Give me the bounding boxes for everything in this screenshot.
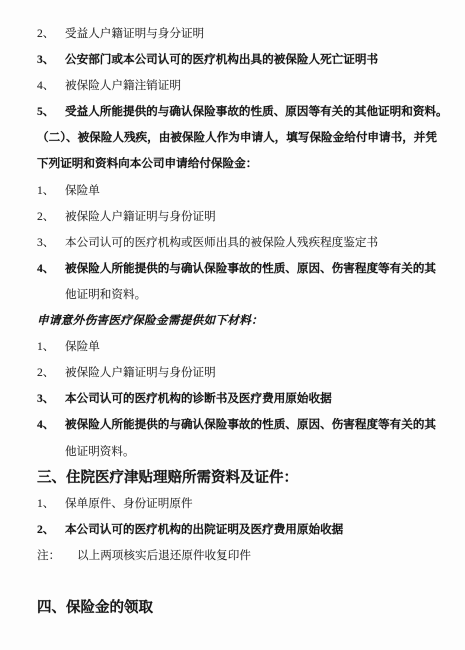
document-line: 4、 被保险人所能提供的与确认保险事故的性质、原因、伤害程度等有关的其 [37,412,449,438]
line-text: （二）、被保险人残疾，由被保险人作为申请人，填写保险金给付申请书，并凭 [37,125,437,151]
line-text: 四、保险金的领取 [37,595,153,621]
line-text: 本公司认可的医疗机构或医师出具的被保险人残疾程度鉴定书 [65,230,378,256]
document-line: 4、 被保险人户籍注销证明 [37,73,449,99]
list-number: 1、 [37,334,54,360]
document-line: 三、住院医疗津贴理赔所需资料及证件： [37,465,449,491]
document-line: 他证明和资料。 [37,282,449,308]
document-line: 3、 本公司认可的医疗机构或医师出具的被保险人残疾程度鉴定书 [37,230,449,256]
document-line: 注： 以上两项核实后退还原件收复印件 [37,543,449,569]
list-number: 注： [37,543,60,569]
line-text: 本公司认可的医疗机构的出院证明及医疗费用原始收据 [65,517,343,543]
document-line: 2、 被保险人户籍证明与身份证明 [37,360,449,386]
list-number: 2、 [37,517,54,543]
document-line: 他证明资料。 [37,439,449,465]
line-text: 被保险人户籍注销证明 [65,73,181,99]
document-line: （二）、被保险人残疾，由被保险人作为申请人，填写保险金给付申请书，并凭 [37,125,449,151]
line-text: 三、住院医疗津贴理赔所需资料及证件： [37,465,298,491]
list-number: 3、 [37,386,54,412]
document-line: 1、 保单原件、身份证明原件 [37,491,449,517]
document-line: 申请意外伤害医疗保险金需提供如下材料： [37,308,449,334]
document-line: 2、 被保险人户籍证明与身份证明 [37,204,449,230]
list-number: 3、 [37,230,54,256]
list-number: 4、 [37,256,54,282]
document-line: 2、 本公司认可的医疗机构的出院证明及医疗费用原始收据 [37,517,449,543]
list-number: 2、 [37,21,54,47]
document-line: 2、 受益人户籍证明与身分证明 [37,21,449,47]
list-number: 1、 [37,491,54,517]
scanned-document-page: 2、 受益人户籍证明与身分证明 3、 公安部门或本公司认可的医疗机构出具的被保险… [0,0,465,650]
line-text: 被保险人户籍证明与身份证明 [65,360,216,386]
document-line: 5、 受益人所能提供的与确认保险事故的性质、原因等有关的其他证明和资料。 [37,99,449,125]
line-text: 被保险人所能提供的与确认保险事故的性质、原因、伤害程度等有关的其 [65,256,436,282]
list-number: 1、 [37,178,54,204]
line-text: 保单原件、身份证明原件 [65,491,193,517]
document-line: 1、 保险单 [37,334,449,360]
line-text: 公安部门或本公司认可的医疗机构出具的被保险人死亡证明书 [65,47,378,73]
line-text: 受益人户籍证明与身分证明 [65,21,204,47]
list-number: 3、 [37,47,54,73]
document-line: 下列证明和资料向本公司申请给付保险金： [37,151,449,177]
document-line: 3、 本公司认可的医疗机构的诊断书及医疗费用原始收据 [37,386,449,412]
line-text: 被保险人所能提供的与确认保险事故的性质、原因、伤害程度等有关的其 [65,412,436,438]
document-line: 四、保险金的领取 [37,595,449,621]
document-line: 1、 保险单 [37,178,449,204]
line-text: 受益人所能提供的与确认保险事故的性质、原因等有关的其他证明和资料。 [65,99,448,125]
document-line [37,569,449,595]
list-number: 2、 [37,204,54,230]
document-line: 4、 被保险人所能提供的与确认保险事故的性质、原因、伤害程度等有关的其 [37,256,449,282]
line-text: 被保险人户籍证明与身份证明 [65,204,216,230]
line-text: 下列证明和资料向本公司申请给付保险金： [37,151,257,177]
document-line: 3、 公安部门或本公司认可的医疗机构出具的被保险人死亡证明书 [37,47,449,73]
line-text: 保险单 [65,178,100,204]
line-text: 以上两项核实后退还原件收复印件 [77,543,251,569]
document-body: 2、 受益人户籍证明与身分证明 3、 公安部门或本公司认可的医疗机构出具的被保险… [37,21,449,621]
line-text: 本公司认可的医疗机构的诊断书及医疗费用原始收据 [65,386,332,412]
line-text: 他证明和资料。 [65,282,146,308]
list-number: 4、 [37,73,54,99]
line-text: 他证明资料。 [65,439,135,465]
line-text: 申请意外伤害医疗保险金需提供如下材料： [37,308,263,334]
list-number: 4、 [37,412,54,438]
list-number: 5、 [37,99,54,125]
list-number: 2、 [37,360,54,386]
line-text: 保险单 [65,334,100,360]
